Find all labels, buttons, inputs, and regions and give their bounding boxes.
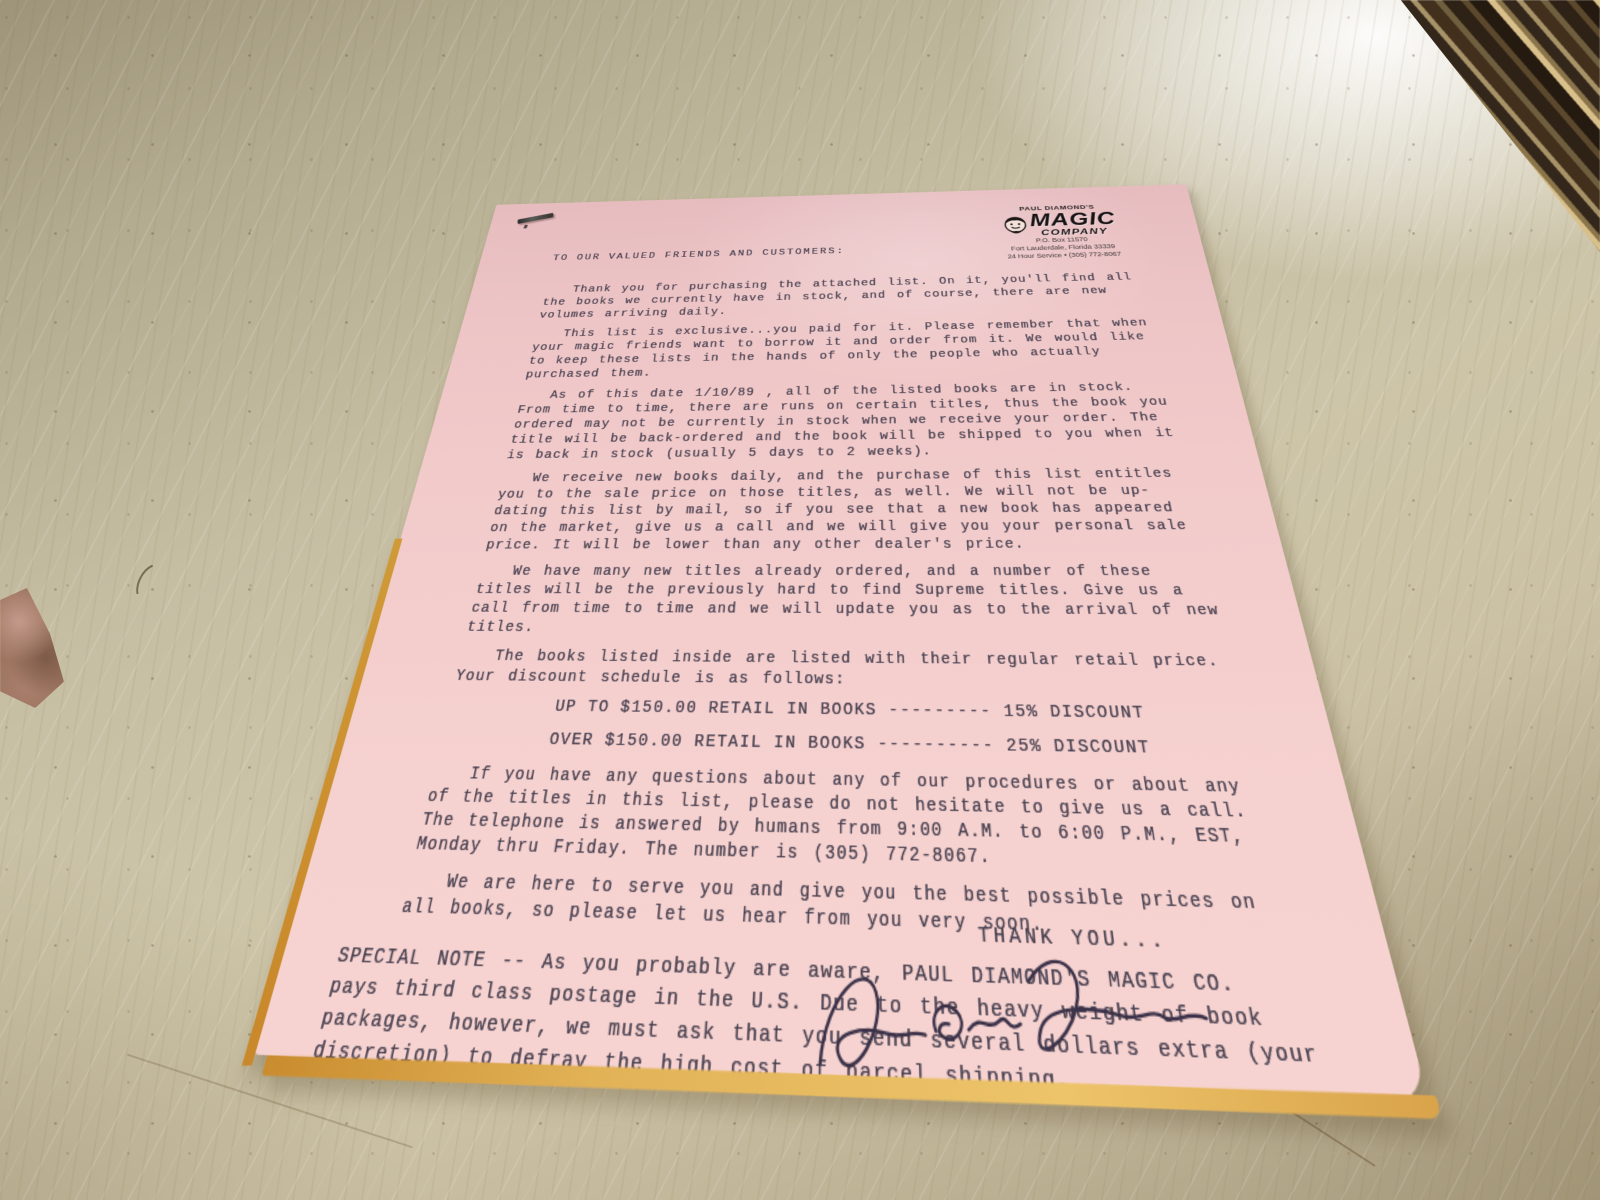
- brand-company: COMPANY: [1031, 226, 1119, 236]
- signature-handwriting: [803, 935, 1238, 1102]
- letterhead: PAUL DIAMOND'S MAGIC COMPANY: [962, 202, 1164, 261]
- staple: [518, 213, 554, 224]
- letter-paragraph: This list is exclusive...you paid for it…: [524, 316, 1172, 382]
- signature-stroke: [817, 955, 1214, 1067]
- letter-paragraph: We have many new titles already ordered,…: [465, 563, 1232, 642]
- discount-line: OVER $150.00 RETAIL IN BOOKS ---------- …: [548, 731, 1258, 760]
- letter-paragraph: We receive new books daily, and the purc…: [484, 466, 1212, 555]
- letter-paragraph: The books listed inside are listed with …: [453, 647, 1243, 695]
- discount-line: UP TO $150.00 RETAIL IN BOOKS --------- …: [554, 698, 1250, 724]
- letter-paragraph: If you have any questions about any of o…: [414, 763, 1284, 878]
- discount-schedule: UP TO $150.00 RETAIL IN BOOKS --------- …: [439, 697, 1257, 760]
- magician-face-icon: [1001, 215, 1029, 235]
- photo-scene: PAUL DIAMOND'S MAGIC COMPANY: [0, 0, 1600, 1200]
- letterhead-brand-text: MAGIC COMPANY: [1029, 210, 1119, 236]
- salutation: TO OUR VALUED FRIENDS AND CUSTOMERS:: [552, 246, 845, 263]
- letter-paragraph: As of this date 1/10/89 , all of the lis…: [505, 380, 1191, 464]
- letter-paragraph: Thank you for purchasing the attached li…: [538, 271, 1158, 323]
